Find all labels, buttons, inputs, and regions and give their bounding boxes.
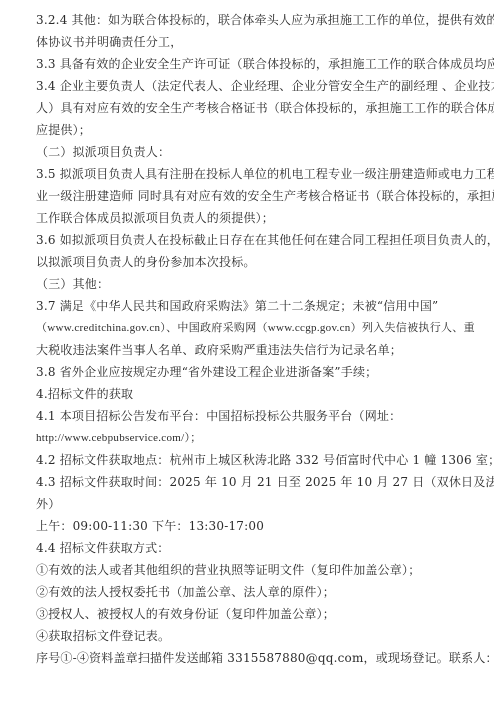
para-4-1-line-1: 4.1 本项目招标公告发布平台：中国招标投标公共服务平台（网址： <box>36 409 476 423</box>
para-3-4-line-1: 3.4 企业主要负责人（法定代表人、企业经理、企业分管安全生产的副经理 、企业技… <box>36 79 476 93</box>
para-3-7-line-1: 3.7 满足《中华人民共和国政府采购法》第二十二条规定；未被“信用中国” <box>36 299 476 313</box>
section-heading-project-leader: （二）拟派项目负责人： <box>36 145 476 159</box>
para-4-2: 4.2 招标文件获取地点：杭州市上城区秋涛北路 332 号佰富时代中心 1 幢 … <box>36 453 476 467</box>
para-3-2-4-line-1: 3.2.4 其他：如为联合体投标的，联合体牵头人应为承担施工工作的单位，提供有效… <box>36 13 476 27</box>
para-3-5-line-3: 工作联合体成员拟派项目负责人的须提供）； <box>36 211 476 225</box>
para-3-7-line-3: 大税收违法案件当事人名单、政府采购严重违法失信行为记录名单； <box>36 343 476 357</box>
para-4-3-line-1: 4.3 招标文件获取时间：2025 年 10 月 21 日至 2025 年 10… <box>36 475 476 489</box>
para-3-8: 3.8 省外企业应按规定办理“省外建设工程企业进浙备案”手续； <box>36 365 476 379</box>
list-item-1: ①有效的法人或者其他组织的营业执照等证明文件（复印件加盖公章）； <box>36 563 476 577</box>
para-3-5-line-1: 3.5 拟派项目负责人具有注册在投标人单位的机电工程专业一级注册建造师或电力工程… <box>36 167 476 181</box>
para-4-3-hours: 上午：09:00-11:30 下午：13:30-17:00 <box>36 519 476 533</box>
section-heading-other: （三）其他： <box>36 277 476 291</box>
para-3-5-line-2: 业一级注册建造师 同时具有对应有效的安全生产考核合格证书（联合体投标的，承担施工 <box>36 189 476 203</box>
para-submission: 序号①-④资料盖章扫描件发送邮箱 3315587880@qq.com，或现场登记… <box>36 651 476 665</box>
para-3-2-4-line-2: 体协议书并明确责任分工， <box>36 35 476 49</box>
para-3-7-line-2: （www.creditchina.gov.cn）、中国政府采购网（www.ccg… <box>36 321 476 335</box>
para-3-4-line-2: 人）具有对应有效的安全生产考核合格证书（联合体投标的，承担施工工作的联合体成员均 <box>36 101 476 115</box>
para-3-6-line-1: 3.6 如拟派项目负责人在投标截止日存在在其他任何在建合同工程担任项目负责人的，… <box>36 233 476 247</box>
list-item-3: ③授权人、被授权人的有效身份证（复印件加盖公章）； <box>36 607 476 621</box>
document-page: 3.2.4 其他：如为联合体投标的，联合体牵头人应为承担施工工作的单位，提供有效… <box>0 0 494 728</box>
para-3-6-line-2: 以拟派项目负责人的身份参加本次投标。 <box>36 255 476 269</box>
section-heading-4: 4.招标文件的获取 <box>36 387 476 401</box>
para-4-4: 4.4 招标文件获取方式： <box>36 541 476 555</box>
para-3-4-line-3: 应提供）； <box>36 123 476 137</box>
para-3-3: 3.3 具备有效的企业安全生产许可证（联合体投标的，承担施工工作的联合体成员均应… <box>36 57 476 71</box>
para-4-3-line-2: 外） <box>36 497 476 511</box>
list-item-2: ②有效的法人授权委托书（加盖公章、法人章的原件）； <box>36 585 476 599</box>
para-4-1-url: http://www.cebpubservice.com/）； <box>36 431 476 445</box>
list-item-4: ④获取招标文件登记表。 <box>36 629 476 643</box>
